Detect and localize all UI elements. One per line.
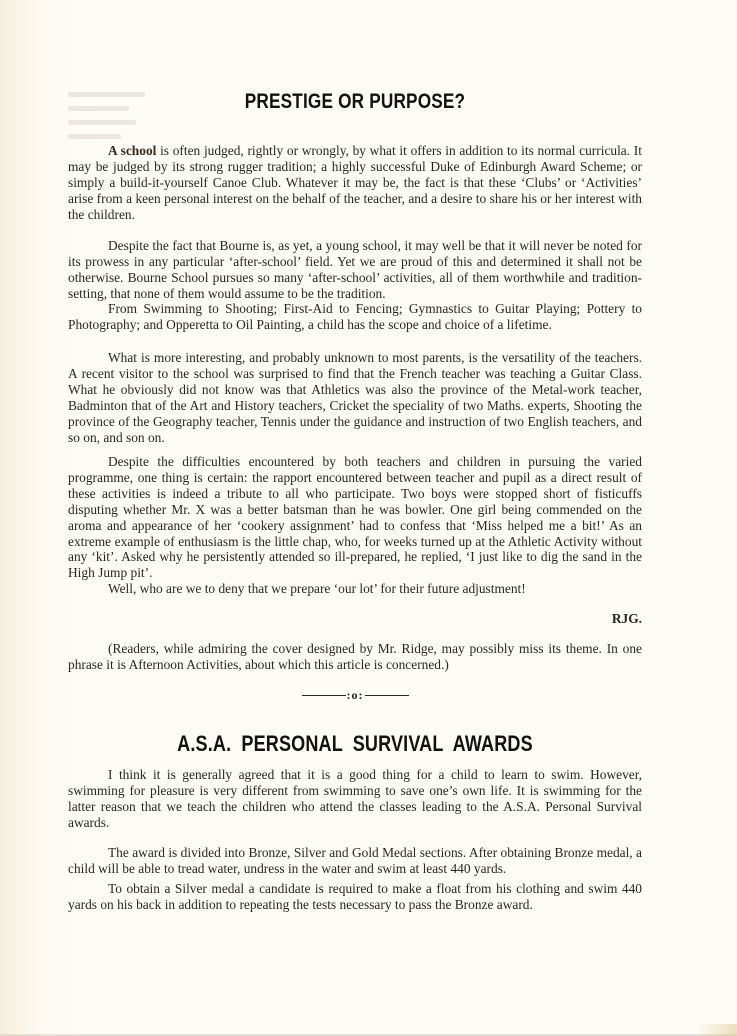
author-signature: RJG. xyxy=(68,611,642,627)
lead-words: A school xyxy=(108,143,156,158)
article-title-survival-awards: A.S.A. PERSONAL SURVIVAL AWARDS xyxy=(120,731,591,757)
article2-paragraph-1: I think it is generally agreed that it i… xyxy=(68,767,642,831)
article1-paragraph-3: From Swimming to Shooting; First-Aid to … xyxy=(68,301,642,333)
article1-paragraph-6: Well, who are we to deny that we prepare… xyxy=(68,581,642,597)
article1-paragraph-4: What is more interesting, and probably u… xyxy=(68,350,642,445)
article-title-prestige: PRESTIGE OR PURPOSE? xyxy=(120,90,591,114)
scanned-page: PRESTIGE OR PURPOSE? A school is often j… xyxy=(0,0,737,1036)
article1-paragraph-5: Despite the difficulties encountered by … xyxy=(68,454,642,581)
article1-paragraph-1: A school is often judged, rightly or wro… xyxy=(68,143,642,223)
article1-paragraph-2: Despite the fact that Bourne is, as yet,… xyxy=(68,238,642,302)
divider-rule-left xyxy=(302,695,346,697)
editor-note: (Readers, while admiring the cover desig… xyxy=(68,641,642,673)
divider-rule-right xyxy=(365,695,409,697)
divider-ornament: :o: xyxy=(346,688,365,703)
article2-paragraph-2: The award is divided into Bronze, Silver… xyxy=(68,845,642,877)
section-divider: :o: xyxy=(68,688,642,703)
article2-paragraph-3: To obtain a Silver medal a candidate is … xyxy=(68,881,642,913)
